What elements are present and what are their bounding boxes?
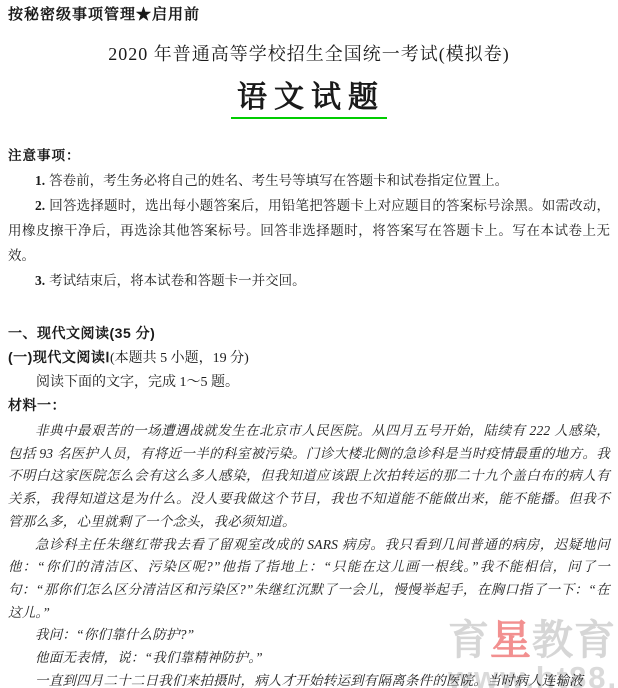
subsection-heading: (一)现代文阅读Ⅰ(本题共 5 小题，19 分) — [8, 345, 610, 371]
section-heading: 一、现代文阅读(35 分) — [8, 321, 610, 345]
note-item: 2.回答选择题时，选出每小题答案后，用铅笔把答题卡上对应题目的答案标号涂黑。如需… — [8, 193, 610, 268]
subject-title-row: 语文试题 — [8, 81, 610, 119]
note-number: 2. — [35, 198, 45, 213]
notes-heading: 注意事项： — [8, 143, 610, 168]
note-text: 答卷前，考生务必将自己的姓名、考生号等填写在答题卡和试卷指定位置上。 — [49, 173, 508, 188]
note-text: 考试结束后，将本试卷和答题卡一并交回。 — [49, 273, 306, 288]
passage-paragraph: 一直到四月二十二日我们来拍摄时，病人才开始转运到有隔离条件的医院。当时病人连输液 — [8, 670, 610, 688]
note-number: 3. — [35, 273, 45, 288]
note-text: 回答选择题时，选出每小题答案后，用铅笔把答题卡上对应题目的答案标号涂黑。如需改动… — [8, 198, 610, 263]
subject-title: 语文试题 — [231, 81, 387, 119]
document-content: 按秘密级事项管理★启用前 2020 年普通高等学校招生全国统一考试(模拟卷) 语… — [0, 0, 618, 688]
material-label: 材料一： — [8, 394, 610, 417]
notes-block: 注意事项： 1.答卷前，考生务必将自己的姓名、考生号等填写在答题卡和试卷指定位置… — [8, 143, 610, 293]
passage-paragraph: 急诊科主任朱继红带我去看了留观室改成的 SARS 病房。我只看到几间普通的病房，… — [8, 534, 610, 625]
passage-text: 非典中最艰苦的一场遭遇战就发生在北京市人民医院。从四月五号开始，陆续有 222 … — [8, 420, 610, 688]
security-classification-notice: 按秘密级事项管理★启用前 — [8, 6, 610, 24]
passage-paragraph: 非典中最艰苦的一场遭遇战就发生在北京市人民医院。从四月五号开始，陆续有 222 … — [8, 420, 610, 534]
reading-instruction: 阅读下面的文字，完成 1～5 题。 — [8, 371, 610, 394]
passage-paragraph: 他面无表情，说：“我们靠精神防护。” — [8, 647, 610, 670]
note-item: 3.考试结束后，将本试卷和答题卡一并交回。 — [8, 268, 610, 293]
subsection-title: (一)现代文阅读Ⅰ — [8, 349, 110, 365]
subsection-detail: (本题共 5 小题，19 分) — [110, 351, 249, 366]
exam-title: 2020 年普通高等学校招生全国统一考试(模拟卷) — [8, 43, 610, 65]
note-number: 1. — [35, 173, 45, 188]
section-block: 一、现代文阅读(35 分) (一)现代文阅读Ⅰ(本题共 5 小题，19 分) 阅… — [8, 321, 610, 417]
passage-paragraph: 我问：“你们靠什么防护?” — [8, 624, 610, 647]
note-item: 1.答卷前，考生务必将自己的姓名、考生号等填写在答题卡和试卷指定位置上。 — [8, 168, 610, 193]
exam-paper-page: 育星教育网 www.ht88.com 按秘密级事项管理★启用前 2020 年普通… — [0, 0, 618, 688]
